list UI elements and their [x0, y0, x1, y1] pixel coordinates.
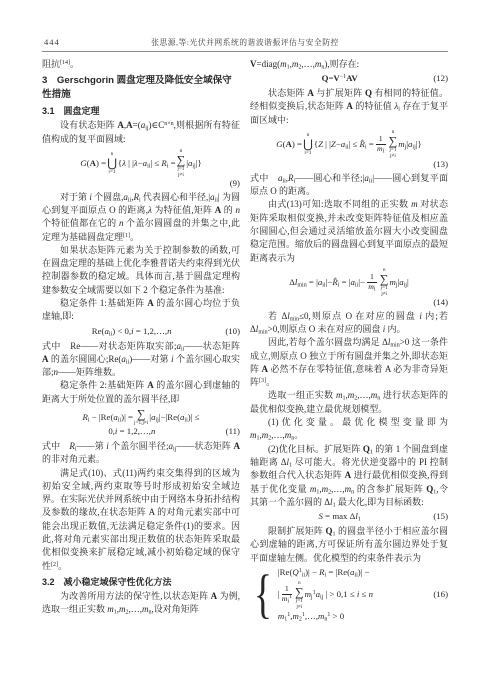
- equation-number: (12): [429, 73, 448, 85]
- sum-operator: n∑j=1j≠i: [380, 267, 389, 297]
- equation-14: Δlmin = |aii|−R̂i = |aii|− 1mi n∑j=1j≠i …: [250, 267, 448, 308]
- math-run: |aij|−|Re(aii)| ≤: [149, 412, 199, 423]
- page-header: 444 张思源,等:光伏并网系统的谐波谐振评估与安全防控: [42, 37, 448, 49]
- fraction: 1mi: [367, 273, 377, 292]
- equation-body: 0,i = 1,2,…,n (11): [42, 426, 240, 438]
- fraction: 1mi: [376, 135, 386, 154]
- math-run: |Re(Q1ii)| − Ri = |Re(aii)| −: [278, 567, 370, 579]
- paragraph: 设有状态矩阵 A,A=(aij)∈Cn×n,则根据所有特征值构成的复平面圆域:: [42, 119, 240, 146]
- equation-15: S = max Δl1 (15): [250, 511, 448, 523]
- math-run: {λ | |λ−aii| ≤ Ri =: [118, 158, 176, 169]
- equation-number: (9): [42, 178, 240, 189]
- two-column-body: 阻抗[14]。 3 Gerschgorin 圆盘定理及降低安全域保守性措施 3.…: [42, 58, 448, 679]
- equation-body: Q=V−1AV (12): [250, 73, 448, 85]
- paragraph: (2)优化目标。扩展矩阵 Q1 的第 1 个圆盘到虚轴距离 Δl1 尽可能大。将…: [250, 443, 448, 509]
- equation-body: | 1mi1 n∑j=1j≠i mj1aij | > 0,1 ≤ i ≤ n (…: [278, 580, 448, 610]
- section-heading: 3 Gerschgorin 圆盘定理及降低安全域保守性措施: [42, 74, 240, 102]
- paragraph: 满足式(10)、式(11)两约束交集得到的区域为初始安全域,两约束取等号时形成初…: [42, 467, 240, 573]
- equation-body: Ri − |Re(aii)| = ∑j=1,j≠i |aij|−|Re(aii)…: [42, 408, 240, 426]
- math-run: G(A) =: [80, 158, 106, 169]
- equation-number: (10): [221, 326, 240, 338]
- equation-9: G(A) = n⋃i=1 {λ | |λ−aii| ≤ Ri = n∑j=1j≠…: [42, 148, 240, 189]
- sum-operator: ∑j=1,j≠i: [134, 408, 148, 426]
- paragraph: 稳定条件 1:基础矩阵 A 的盖尔圆心均位于负虚轴,即:: [42, 297, 240, 324]
- paragraph: 选取一组正实数 m1,m2,…,mn 进行状态矩阵的最优相似变换,建立最优规划模…: [250, 389, 448, 416]
- math-run: Q=V−1AV: [250, 73, 429, 85]
- equation-body: Δlmin = |aii|−R̂i = |aii|− 1mi n∑j=1j≠i …: [250, 267, 448, 297]
- paragraph: V=diag(m1,m2,…,mn),则存在:: [250, 58, 448, 71]
- right-column: V=diag(m1,m2,…,mn),则存在: Q=V−1AV (12) 状态矩…: [250, 58, 448, 679]
- subsection-heading: 3.2 减小稳定域保守性优化方法: [42, 575, 240, 589]
- sum-operator: n∑j=1j≠i: [389, 129, 398, 159]
- math-run: G(A) =: [276, 139, 302, 150]
- equation-10: Re(aii) < 0,i = 1,2,…,n (10): [42, 326, 240, 338]
- sum-operator: n∑j=1j≠i: [295, 580, 304, 610]
- equation-number: (11): [222, 426, 240, 438]
- paragraph: (1)优化变量。最优化模型变量即为 m1,m2,…,mn。: [250, 416, 448, 443]
- page-number: 444: [44, 37, 60, 47]
- paragraph: 若 Δlmin≤0,则原点 O 在对应的圆盘 i 内;若 Δlmin>0,则原点…: [250, 310, 448, 337]
- math-run: Δlmin = |aii|−R̂i = |aii|−: [289, 277, 365, 288]
- equation-body: G(A) = n⋃i=1 {λ | |λ−aii| ≤ Ri = n∑j=1j≠…: [42, 148, 240, 178]
- paragraph: 为改善所用方法的保守性,以状态矩阵 A 为例,选取一组正实数 m1,m2,…,m…: [42, 590, 240, 617]
- equation-body: m11,m21,…,mn1 > 0: [278, 611, 448, 623]
- paragraph: 对于第 i 个圆盘,aii,Ri 代表圆心和半径,|aii| 为圆心到复平面原点…: [42, 191, 240, 244]
- equation-16: { |Re(Q1ii)| − Ri = |Re(aii)| − | 1mi1 n…: [250, 567, 448, 623]
- math-run: mj1aij | > 0,1 ≤ i ≤ n: [305, 589, 373, 601]
- equation-body: Re(aii) < 0,i = 1,2,…,n (10): [42, 326, 240, 338]
- math-run: Ri − |Re(aii)| =: [83, 412, 133, 423]
- paper-page: 444 张思源,等:光伏并网系统的谐波谐振评估与安全防控 阻抗[14]。 3 G…: [0, 0, 480, 679]
- paragraph: 限制扩展矩阵 Q1 的圆盘半径小于相应盖尔圆心到虚轴的距离,方可保证所有盖尔圆边…: [250, 525, 448, 565]
- math-run: {Z | |Z−aii| ≤ R̂i =: [314, 139, 374, 150]
- math-run: |aij|}: [186, 158, 202, 169]
- math-run: m11,m21,…,mn1 > 0: [278, 611, 344, 623]
- equation-system: |Re(Q1ii)| − Ri = |Re(aii)| − | 1mi1 n∑j…: [278, 567, 448, 623]
- math-run: |: [278, 589, 280, 601]
- sum-operator: n∑j=1j≠i: [177, 148, 186, 178]
- paragraph: 由式(13)可知:选取不同组的正实数 m 对状态矩阵采取相似变换,并未改变矩阵特…: [250, 198, 448, 264]
- equation-number: (15): [429, 511, 448, 523]
- equation-13: G(A) = n⋃i=1 {Z | |Z−aii| ≤ R̂i = 1mi n∑…: [250, 129, 448, 170]
- equation-12: Q=V−1AV (12): [250, 73, 448, 85]
- header-rule: [42, 51, 448, 52]
- fraction: 1mi1: [282, 585, 292, 604]
- math-run: mj|aij|: [389, 277, 408, 288]
- running-title: 张思源,等:光伏并网系统的谐波谐振评估与安全防控: [151, 37, 339, 48]
- equation-body: S = max Δl1 (15): [250, 511, 448, 523]
- union-operator: n⋃i=1: [303, 132, 313, 156]
- math-run: S = max Δl1: [250, 511, 429, 523]
- equation-number: (16): [429, 589, 448, 601]
- equation-number: (13): [250, 159, 448, 170]
- equation-number: (14): [250, 297, 448, 308]
- paragraph: 阻抗[14]。: [42, 58, 240, 71]
- equation-11: Ri − |Re(aii)| = ∑j=1,j≠i |aij|−|Re(aii)…: [42, 408, 240, 438]
- math-run: mj|aij|}: [398, 139, 422, 150]
- left-brace: {: [254, 572, 272, 618]
- equation-body: |Re(Q1ii)| − Ri = |Re(aii)| −: [278, 567, 448, 579]
- paragraph: 因此,若每个盖尔圆盘均满足 Δlmin>0 这一条件成立,则原点 O 独立于所有…: [250, 336, 448, 389]
- paragraph: 如果状态矩阵元素为关于控制参数的函数,可在圆盘定理的基础上优化李雅普诺夫约束得到…: [42, 244, 240, 297]
- math-run: Re(aii) < 0,i = 1,2,…,n: [42, 326, 221, 338]
- paragraph: 式中 Re——对状态矩阵取实部;aii——状态矩阵 A 的盖尔圆圆心;Re(ai…: [42, 340, 240, 380]
- paragraph: 式中 aii,Ri——圆心和半径;|aii|——圆心到复平面原点 O 的距离。: [250, 172, 448, 199]
- equation-body: G(A) = n⋃i=1 {Z | |Z−aii| ≤ R̂i = 1mi n∑…: [250, 129, 448, 159]
- math-run: 0,i = 1,2,…,n: [42, 426, 222, 438]
- union-operator: n⋃i=1: [107, 151, 117, 175]
- subsection-heading: 3.1 圆盘定理: [42, 104, 240, 118]
- paragraph: 稳定条件 2:基础矩阵 A 的盖尔圆心到虚轴的距离大于所处位置的盖尔圆半径,即: [42, 379, 240, 406]
- paragraph: 状态矩阵 A 与扩展矩阵 Q 有相同的特征值。经相似变换后,状态矩阵 A 的特征…: [250, 87, 448, 127]
- paragraph: 式中 Ri——第 i 个盖尔圆半径;aij——状态矩阵 A 的非对角元素。: [42, 440, 240, 467]
- left-column: 阻抗[14]。 3 Gerschgorin 圆盘定理及降低安全域保守性措施 3.…: [42, 58, 240, 679]
